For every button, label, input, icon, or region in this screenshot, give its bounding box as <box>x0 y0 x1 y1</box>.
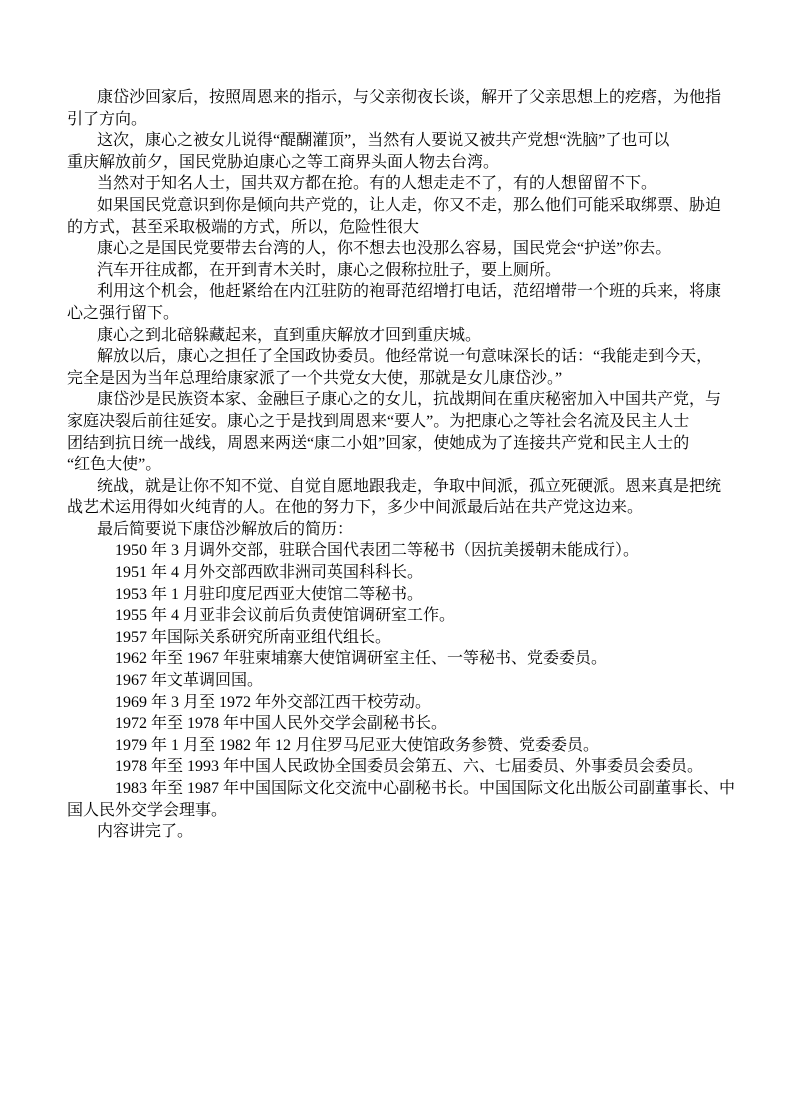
resume-line: 1969 年 3 月至 1972 年外交部江西干校劳动。 <box>67 692 800 714</box>
resume-line: 1972 年至 1978 年中国人民外交学会副秘书长。 <box>67 713 800 735</box>
paragraph: 汽车开往成都，在开到青木关时，康心之假称拉肚子，要上厕所。 <box>67 260 800 282</box>
page: { "page": { "background_color": "#ffffff… <box>0 0 800 1100</box>
paragraph: 康岱沙回家后，按照周恩来的指示，与父亲彻夜长谈，解开了父亲思想上的疙瘩，为他指 … <box>67 87 800 130</box>
resume-line: 1953 年 1 月驻印度尼西亚大使馆二等秘书。 <box>67 584 800 606</box>
resume-line: 1978 年至 1993 年中国人民政协全国委员会第五、六、七届委员、外事委员会… <box>67 756 800 778</box>
resume-line: 1951 年 4 月外交部西欧非洲司英国科科长。 <box>67 562 800 584</box>
paragraph: 最后简要说下康岱沙解放后的简历： <box>67 519 800 541</box>
document-page: 康岱沙回家后，按照周恩来的指示，与父亲彻夜长谈，解开了父亲思想上的疙瘩，为他指 … <box>0 0 800 1100</box>
resume-line: 1962 年至 1967 年驻柬埔寨大使馆调研室主任、一等秘书、党委委员。 <box>67 648 800 670</box>
resume-line: 1967 年文革调回国。 <box>67 670 800 692</box>
resume-line: 1983 年至 1987 年中国国际文化交流中心副秘书长。中国国际文化出版公司副… <box>67 778 800 821</box>
paragraph: 康心之是国民党要带去台湾的人，你不想去也没那么容易，国民党会“护送”你去。 <box>67 238 800 260</box>
document-body: 康岱沙回家后，按照周恩来的指示，与父亲彻夜长谈，解开了父亲思想上的疙瘩，为他指 … <box>0 0 800 843</box>
paragraph: 如果国民党意识到你是倾向共产党的，让人走，你又不走，那么他们可能采取绑票、胁迫 … <box>67 195 800 238</box>
paragraph: 康心之到北碚躲藏起来，直到重庆解放才回到重庆城。 <box>67 325 800 347</box>
paragraph: 这次，康心之被女儿说得“醍醐灌顶”，当然有人要说又被共产党想“洗脑”了也可以 重… <box>67 130 800 173</box>
paragraph: 当然对于知名人士，国共双方都在抢。有的人想走走不了，有的人想留留不下。 <box>67 173 800 195</box>
paragraph: 康岱沙是民族资本家、金融巨子康心之的女儿，抗战期间在重庆秘密加入中国共产党，与 … <box>67 389 800 475</box>
resume-line: 1957 年国际关系研究所南亚组代组长。 <box>67 627 800 649</box>
paragraph: 解放以后，康心之担任了全国政协委员。他经常说一句意味深长的话：“我能走到今天， … <box>67 346 800 389</box>
resume-line: 1979 年 1 月至 1982 年 12 月住罗马尼亚大使馆政务参赞、党委委员… <box>67 735 800 757</box>
paragraph: 统战，就是让你不知不觉、自觉自愿地跟我走，争取中间派，孤立死硬派。恩来真是把统 … <box>67 476 800 519</box>
paragraph: 利用这个机会，他赶紧给在内江驻防的袍哥范绍增打电话，范绍增带一个班的兵来，将康 … <box>67 281 800 324</box>
resume-line: 1950 年 3 月调外交部，驻联合国代表团二等秘书（因抗美援朝未能成行）。 <box>67 540 800 562</box>
paragraph: 内容讲完了。 <box>67 821 800 843</box>
resume-line: 1955 年 4 月亚非会议前后负责使馆调研室工作。 <box>67 605 800 627</box>
